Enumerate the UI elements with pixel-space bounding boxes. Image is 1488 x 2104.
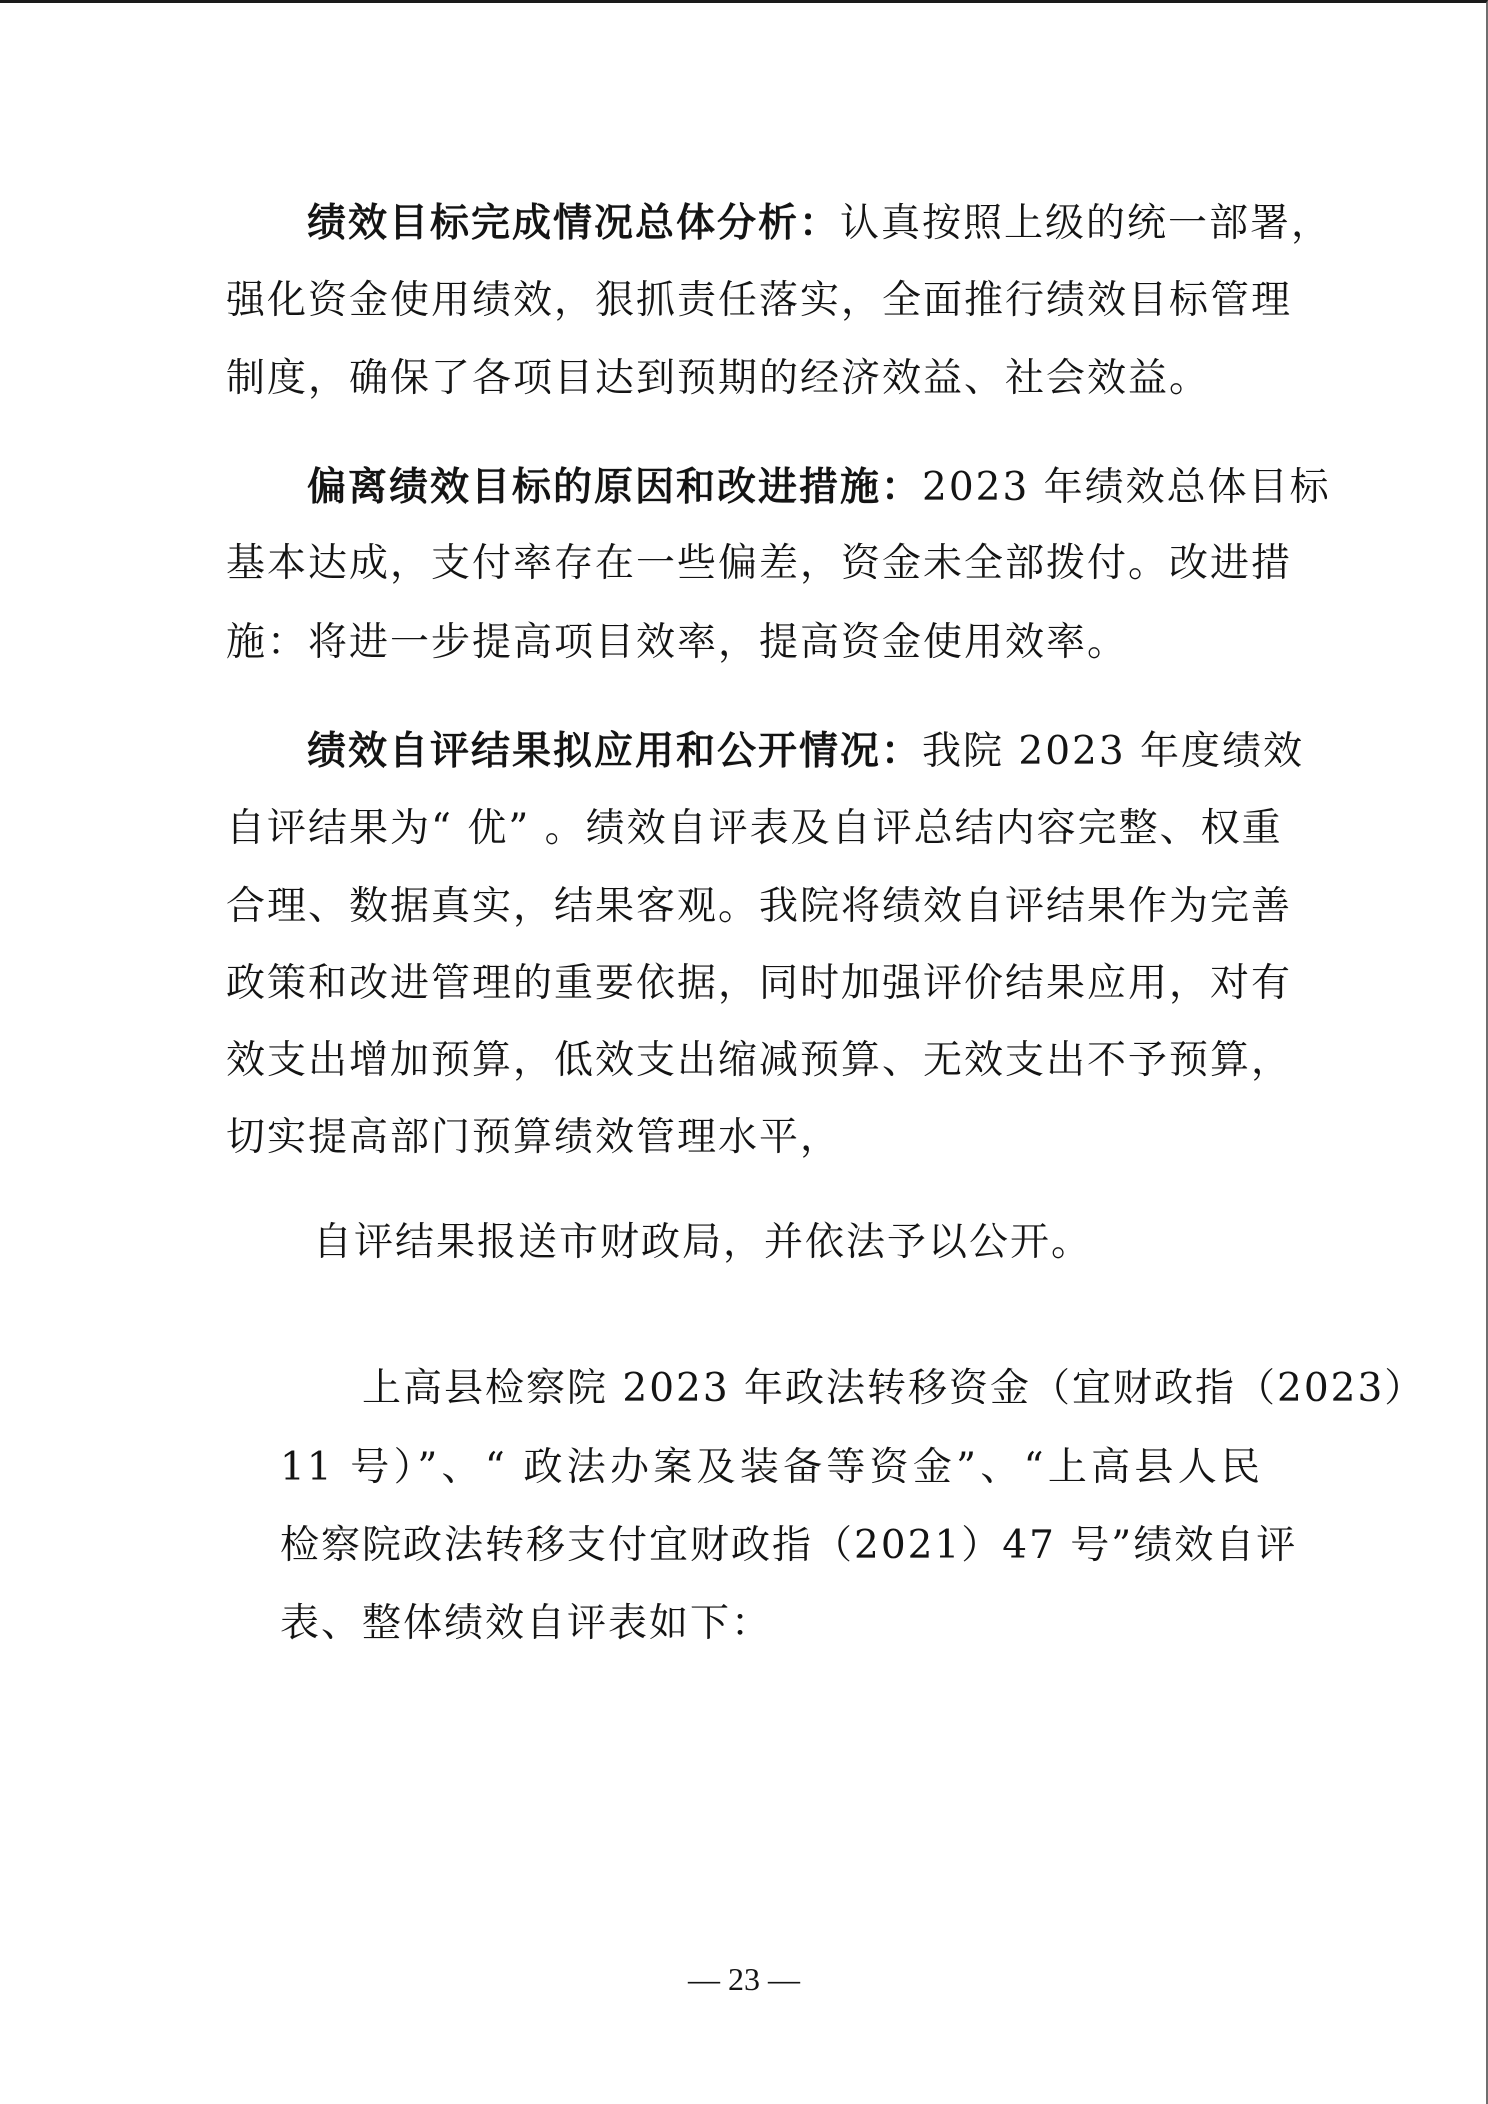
paragraph-1-heading: 绩效目标完成情况总体分析： (307, 201, 840, 246)
paragraph-3-line-5: 效支出增加预算，低效支出缩减预算、无效支出不予预算， (226, 1039, 1266, 1083)
paragraph-4-line-1: 自评结果报送市财政局，并依法予以公开。 (313, 1221, 1092, 1265)
paragraph-2-line-3: 施：将进一步提高项目效率，提高资金使用效率。 (226, 621, 1128, 665)
page-number: — 23 — (0, 1959, 1488, 1999)
paragraph-3-line-2: 自评结果为“ 优” 。绩效自评表及自评总结内容完整、权重 (226, 807, 1266, 851)
paragraph-1-line-3: 制度，确保了各项目达到预期的经济效益、社会效益。 (226, 357, 1210, 401)
paragraph-2-text: 2023 年绩效总体目标 (922, 465, 1331, 510)
paragraph-2-line-1: 偏离绩效目标的原因和改进措施：2023 年绩效总体目标 (307, 466, 1331, 510)
paragraph-3-line-3: 合理、数据真实，结果客观。我院将绩效自评结果作为完善 (226, 885, 1266, 929)
paragraph-1-line-1: 绩效目标完成情况总体分析：认真按照上级的统一部署， (307, 202, 1332, 246)
paragraph-1-line-2: 强化资金使用绩效，狠抓责任落实，全面推行绩效目标管理 (226, 279, 1266, 323)
paragraph-3-text: 我院 2023 年度绩效 (922, 729, 1304, 774)
paragraph-2-heading: 偏离绩效目标的原因和改进措施： (307, 465, 922, 510)
paragraph-5-line-3: 检察院政法转移支付宜财政指（2021）47 号”绩效自评 (280, 1524, 1262, 1568)
paragraph-2-line-2: 基本达成，支付率存在一些偏差，资金未全部拨付。改进措 (226, 542, 1266, 586)
paragraph-3-line-6: 切实提高部门预算绩效管理水平， (226, 1116, 841, 1160)
paragraph-3-heading: 绩效自评结果拟应用和公开情况： (307, 729, 922, 774)
paragraph-5-line-1: 上高县检察院 2023 年政法转移资金（宜财政指（2023） (362, 1367, 1425, 1411)
paragraph-5-line-4: 表、整体绩效自评表如下： (280, 1602, 772, 1646)
paragraph-5-line-2: 11 号）”、“ 政法办案及装备等资金”、“上高县人民 (280, 1446, 1262, 1490)
document-page: 绩效目标完成情况总体分析：认真按照上级的统一部署， 强化资金使用绩效，狠抓责任落… (0, 0, 1488, 2104)
paragraph-3-line-4: 政策和改进管理的重要依据，同时加强评价结果应用，对有 (226, 962, 1266, 1006)
paragraph-1-text: 认真按照上级的统一部署， (840, 201, 1332, 246)
paragraph-3-line-1: 绩效自评结果拟应用和公开情况：我院 2023 年度绩效 (307, 730, 1304, 774)
